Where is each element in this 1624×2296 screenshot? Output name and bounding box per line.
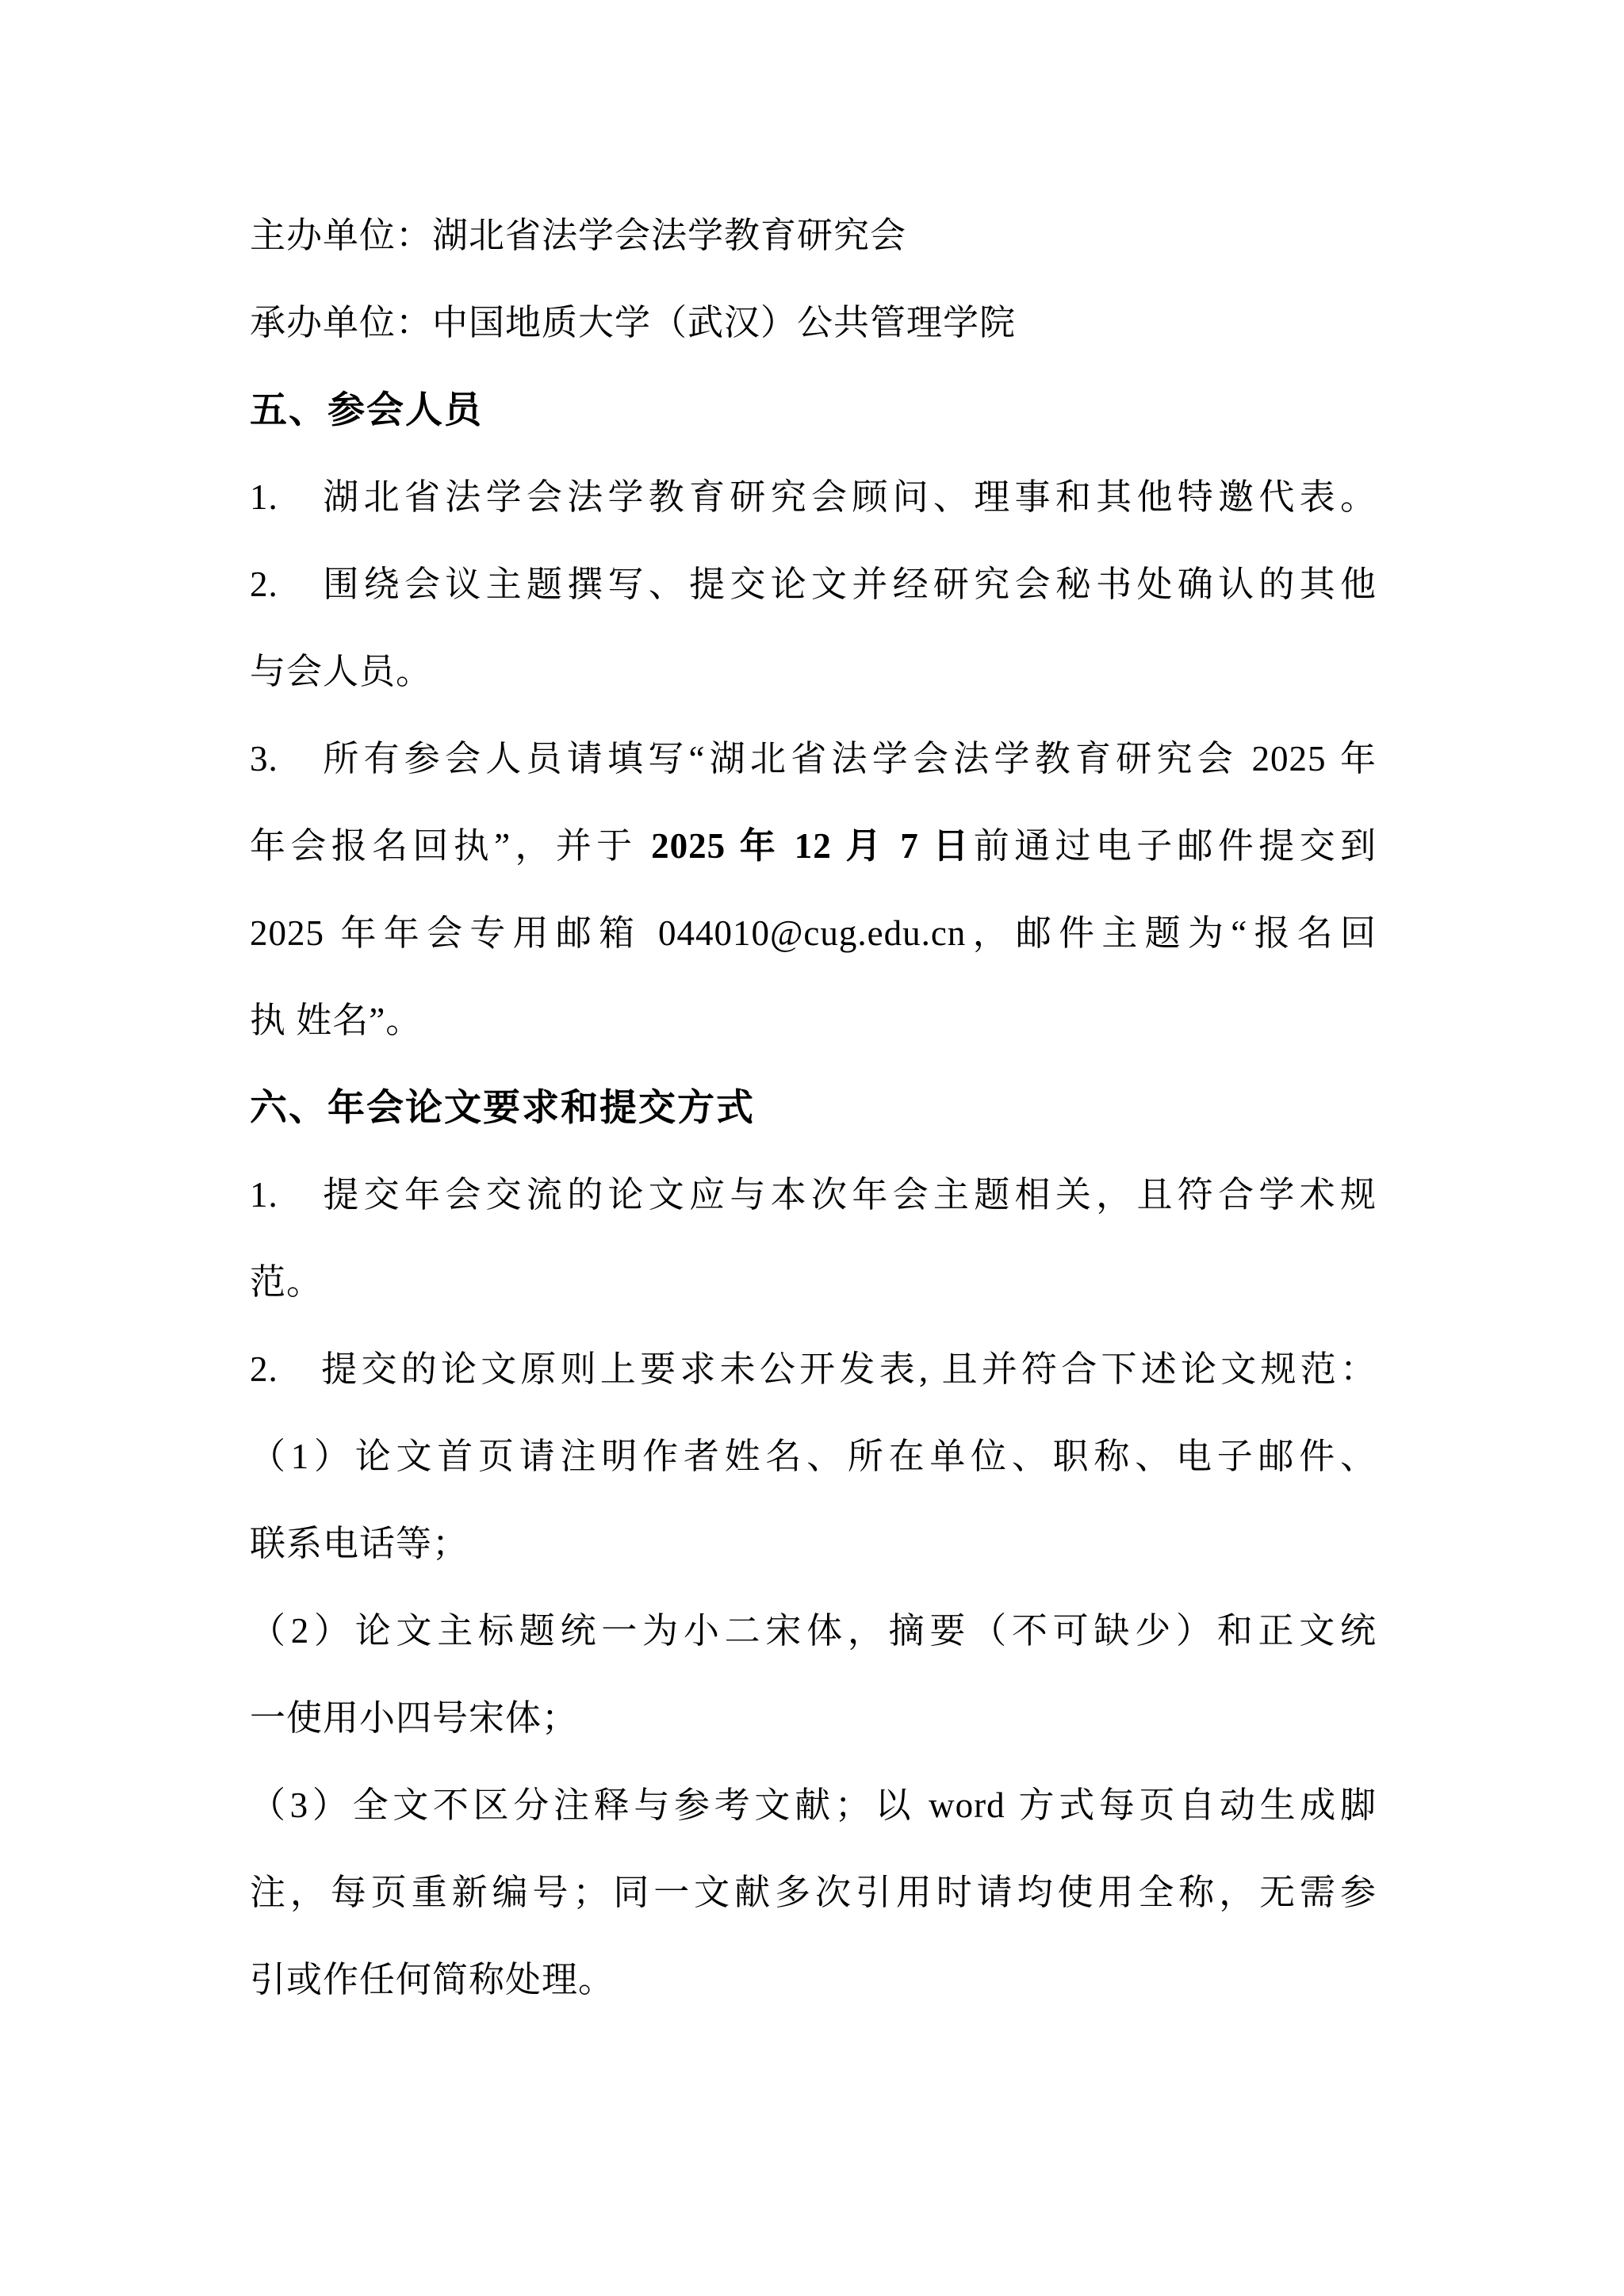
line-text-with-email: 2025 年年会专用邮箱 044010@cug.edu.cn，邮件主题为“报名回 [250,913,1377,953]
paper-rule-2: （2）论文主标题统一为小二宋体，摘要（不可缺少）和正文统 [250,1587,1377,1674]
paper-item-1: 1. 提交年会交流的论文应与本次年会主题相关，且符合学术规 [250,1151,1377,1238]
line-text: 引或作任何简称处理。 [250,1960,615,1999]
line-text: 联系电话等； [250,1524,469,1563]
line-text: 1. 提交年会交流的论文应与本次年会主题相关，且符合学术规 [250,1175,1377,1215]
line-text: 注，每页重新编号；同一文献多次引用时请均使用全称，无需参 [250,1873,1377,1912]
paper-rule-3-cont-2: 引或作任何简称处理。 [250,1936,1377,2023]
paper-rule-3-cont-1: 注，每页重新编号；同一文献多次引用时请均使用全称，无需参 [250,1849,1377,1936]
paper-item-2: 2. 提交的论文原则上要求未公开发表, 且并符合下述论文规范： [250,1326,1377,1413]
line-text: 前通过电子邮件提交到 [974,826,1377,866]
line-text: （3）全文不区分注释与参考文献；以 word 方式每页自动生成脚 [250,1785,1377,1825]
paper-rule-2-cont: 一使用小四号宋体； [250,1674,1377,1762]
paper-rule-1: （1）论文首页请注明作者姓名、所在单位、职称、电子邮件、 [250,1413,1377,1500]
paper-rule-3: （3）全文不区分注释与参考文献；以 word 方式每页自动生成脚 [250,1762,1377,1849]
heading-text: 五、参会人员 [250,388,483,430]
document-text-block: 主办单位：湖北省法学会法学教育研究会 承办单位：中国地质大学（武汉）公共管理学院… [250,192,1377,2023]
line-text: 年会报名回执”，并于 [250,826,651,866]
line-text: （1）论文首页请注明作者姓名、所在单位、职称、电子邮件、 [250,1437,1377,1476]
participants-item-1: 1. 湖北省法学会法学教育研究会顾问、理事和其他特邀代表。 [250,453,1377,541]
document-page: 主办单位：湖北省法学会法学教育研究会 承办单位：中国地质大学（武汉）公共管理学院… [0,0,1624,2296]
line-text: 主办单位：湖北省法学会法学教育研究会 [250,216,906,255]
line-text: 执 姓名”。 [250,1001,422,1040]
line-text: （2）论文主标题统一为小二宋体，摘要（不可缺少）和正文统 [250,1611,1377,1651]
participants-item-3-cont-3: 执 姓名”。 [250,977,1377,1064]
line-organizer: 主办单位：湖北省法学会法学教育研究会 [250,192,1377,279]
participants-item-2-cont: 与会人员。 [250,628,1377,715]
line-text: 与会人员。 [250,652,432,691]
heading-paper-requirements: 六、年会论文要求和提交方式 [250,1064,1377,1151]
heading-text: 六、年会论文要求和提交方式 [250,1086,755,1128]
heading-participants: 五、参会人员 [250,366,1377,453]
participants-item-3-cont-2: 2025 年年会专用邮箱 044010@cug.edu.cn，邮件主题为“报名回 [250,890,1377,977]
line-text: 2. 提交的论文原则上要求未公开发表, 且并符合下述论文规范： [250,1349,1377,1389]
line-text: 1. 湖北省法学会法学教育研究会顾问、理事和其他特邀代表。 [250,477,1377,517]
line-co-organizer: 承办单位：中国地质大学（武汉）公共管理学院 [250,279,1377,366]
deadline-date: 2025 年 12 月 7 日 [651,826,974,866]
participants-item-2: 2. 围绕会议主题撰写、提交论文并经研究会秘书处确认的其他 [250,541,1377,628]
participants-item-3: 3. 所有参会人员请填写“湖北省法学会法学教育研究会 2025 年 [250,715,1377,802]
line-text: 一使用小四号宋体； [250,1698,578,1738]
line-text: 范。 [250,1262,323,1302]
line-text: 3. 所有参会人员请填写“湖北省法学会法学教育研究会 2025 年 [250,739,1377,779]
line-text: 承办单位：中国地质大学（武汉）公共管理学院 [250,303,1016,342]
line-text: 2. 围绕会议主题撰写、提交论文并经研究会秘书处确认的其他 [250,564,1377,604]
paper-item-1-cont: 范。 [250,1238,1377,1326]
participants-item-3-cont-1: 年会报名回执”，并于 2025 年 12 月 7 日前通过电子邮件提交到 [250,802,1377,890]
paper-rule-1-cont: 联系电话等； [250,1500,1377,1587]
